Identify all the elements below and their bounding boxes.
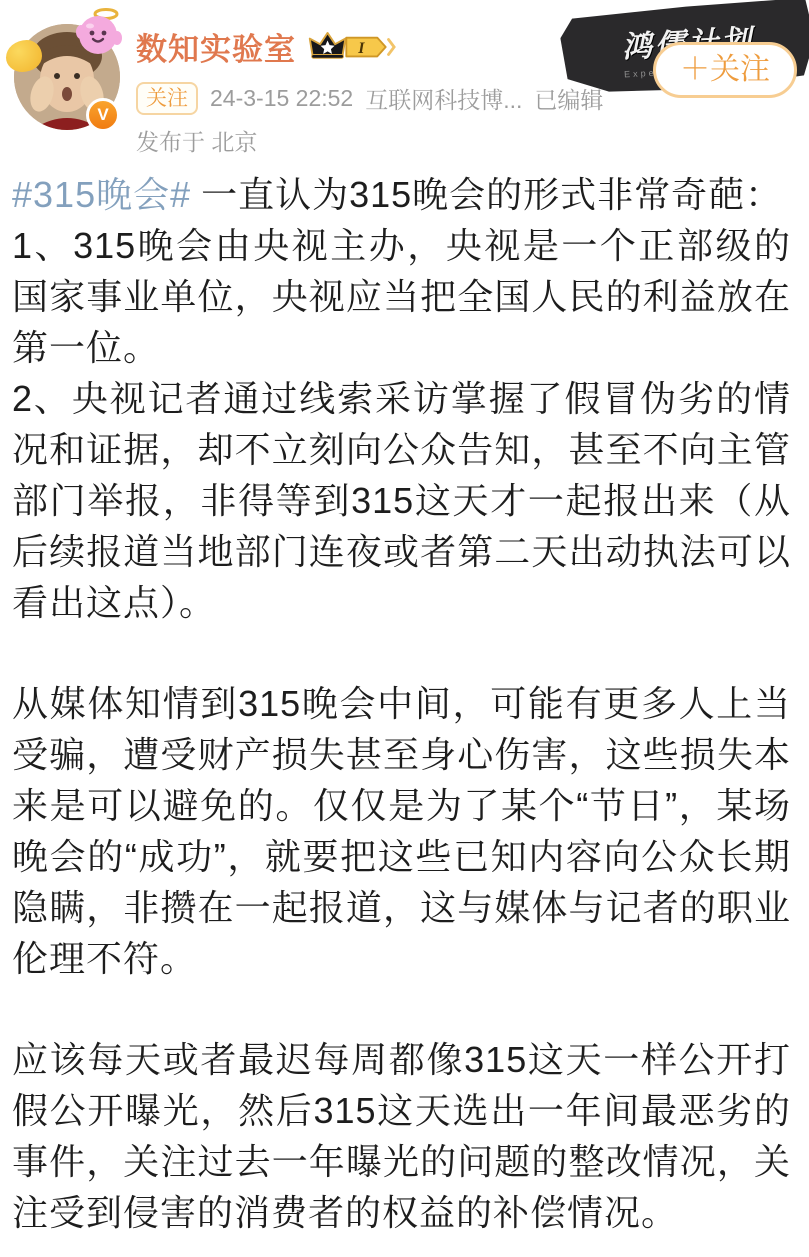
post-body: #315晚会#一直认为315晚会的形式非常奇葩： 1、315晚会由央视主办，央视…: [0, 163, 809, 1238]
source-link[interactable]: 互联网科技博...: [365, 82, 522, 115]
timestamp: 24-3-15 22:52: [210, 85, 353, 112]
post-paragraph: 1、315晚会由央视主办，央视是一个正部级的国家事业单位，央视应当把全国人民的利…: [12, 220, 791, 373]
post-location: 发布于 北京: [136, 124, 603, 157]
post-paragraph: #315晚会#一直认为315晚会的形式非常奇葩：: [12, 169, 791, 220]
svg-text:I: I: [357, 40, 365, 57]
username[interactable]: 数知实验室: [136, 24, 296, 69]
user-info: 数知实验室 I 关注 24-3-15 22:52 互联网科技博... 已编: [136, 24, 603, 157]
post-paragraph: 应该每天或者最迟每周都像315这天一样公开打假公开曝光，然后315这天选出一年间…: [12, 1034, 791, 1238]
post-paragraph: 从媒体知情到315晚会中间，可能有更多人上当受骗，遭受财产损失甚至身心伤害，这些…: [12, 678, 791, 984]
name-row: 数知实验室 I: [136, 24, 603, 69]
hashtag-link[interactable]: #315晚会#: [12, 174, 191, 215]
post-header: V 数知实验室 I 关注 24-3-15 22:52: [0, 0, 809, 163]
post-paragraph: 2、央视记者通过线索采访掌握了假冒伪劣的情况和证据，却不立刻向公众告知，甚至不向…: [12, 373, 791, 628]
meta-row: 关注 24-3-15 22:52 互联网科技博... 已编辑: [136, 82, 603, 115]
crown-level-badge-icon[interactable]: I: [306, 30, 396, 64]
following-tag: 关注: [136, 82, 198, 115]
verified-v-badge-icon: V: [86, 98, 120, 132]
weibo-post-page: V 数知实验室 I 关注 24-3-15 22:52: [0, 0, 809, 1257]
avatar-wrap: V: [12, 14, 128, 132]
follow-button[interactable]: ＋关注: [653, 42, 797, 98]
post-intro-text: 一直认为315晚会的形式非常奇葩：: [201, 174, 782, 215]
pink-mascot-decoration-icon: [72, 6, 128, 56]
edited-label[interactable]: 已编辑: [534, 82, 603, 115]
